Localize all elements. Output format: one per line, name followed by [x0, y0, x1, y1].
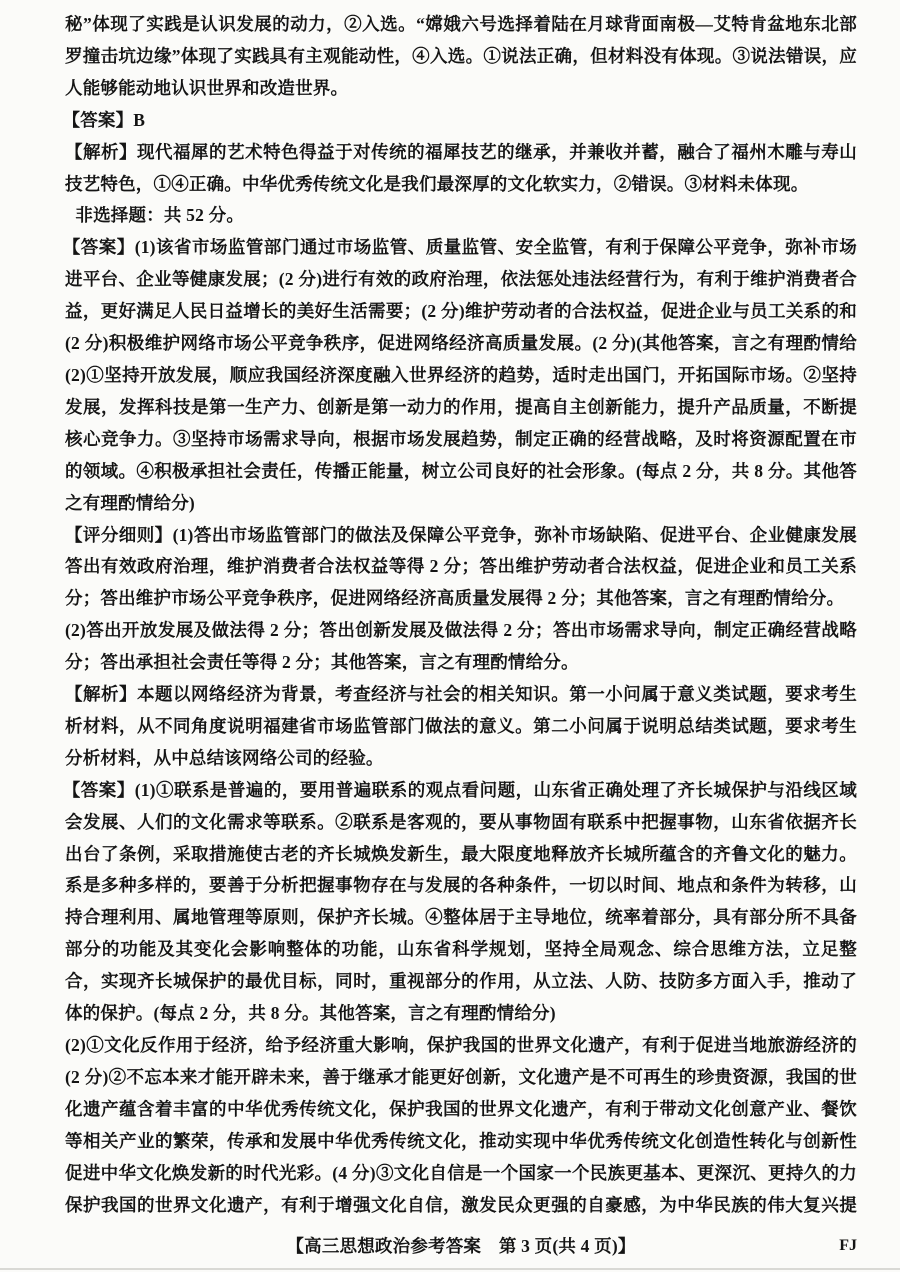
answer-text-block: 秘”体现了实践是认识发展的动力，②入选。“嫦娥六号选择着陆在月球背面南极—艾特肯… [65, 9, 857, 1221]
answer-line: 的领域。④积极承担社会责任，传播正能量，树立公司良好的社会形象。(每点 2 分，… [65, 456, 857, 488]
answer-line: 持合理利用、属地管理等原则，保护齐长城。④整体居于主导地位，统率着部分，具有部分… [65, 902, 857, 934]
answer-line-numbered: 16.【答案】B [65, 105, 857, 137]
answer-line: 【评分细则】(1)答出市场监管部门的做法及保障公平竞争，弥补市场缺陷、促进平台、… [65, 520, 857, 552]
answer-line: 【解析】本题以网络经济为背景，考查经济与社会的相关知识。第一小问属于意义类试题，… [65, 679, 857, 711]
answer-line: 之有理酌情给分) [65, 488, 857, 520]
answer-line: 体的保护。(每点 2 分，共 8 分。其他答案，言之有理酌情给分) [65, 998, 857, 1030]
answer-line: 会发展、人们的文化需求等联系。②联系是客观的，要从事物固有联系中把握事物，山东省… [65, 807, 857, 839]
answer-line: 保护我国的世界文化遗产，有利于增强文化自信，激发民众更强的自豪感，为中华民族的伟… [65, 1190, 857, 1222]
answer-line: 分析材料，从中总结该网络公司的经验。 [65, 743, 857, 775]
answer-line: 等相关产业的繁荣，传承和发展中华优秀传统文化，推动实现中华优秀传统文化创造性转化… [65, 1126, 857, 1158]
footer-region-code: FJ [839, 1230, 857, 1262]
answer-line: 出台了条例，采取措施使古老的齐长城焕发新生，最大限度地释放齐长城所蕴含的齐鲁文化… [65, 839, 857, 871]
answer-line: 人能够能动地认识世界和改造世界。 [65, 73, 857, 105]
answer-line: (2)答出开放发展及做法得 2 分；答出创新发展及做法得 2 分；答出市场需求导… [65, 615, 857, 647]
answer-line: 促进中华文化焕发新的时代光彩。(4 分)③文化自信是一个国家一个民族更基本、更深… [65, 1158, 857, 1190]
answer-line: (2 分)积极维护网络市场公平竞争秩序，促进网络经济高质量发展。(2 分)(其他… [65, 328, 857, 360]
answer-line: 合，实现齐长城保护的最优目标，同时，重视部分的作用，从立法、人防、技防多方面入手… [65, 966, 857, 998]
answer-line: 罗撞击坑边缘”体现了实践具有主观能动性，④入选。①说法正确，但材料没有体现。③说… [65, 41, 857, 73]
answer-line: 析材料，从不同角度说明福建省市场监管部门做法的意义。第二小问属于说明总结类试题，… [65, 711, 857, 743]
answer-line: 化遗产蕴含着丰富的中华优秀传统文化，保护我国的世界文化遗产，有利于带动文化创意产… [65, 1094, 857, 1126]
answer-line: 发展，发挥科技是第一生产力、创新是第一动力的作用，提高自主创新能力，提升产品质量… [65, 392, 857, 424]
scanned-answer-key-page: 秘”体现了实践是认识发展的动力，②入选。“嫦娥六号选择着陆在月球背面南极—艾特肯… [0, 0, 900, 1272]
answer-line-numbered: 18.【答案】(1)①联系是普遍的，要用普遍联系的观点看问题，山东省正确处理了齐… [65, 775, 857, 807]
answer-line: 【解析】现代福犀的艺术特色得益于对传统的福犀技艺的继承，并兼收并蓄，融合了福州木… [65, 137, 857, 169]
footer-title: 【高三思想政治参考答案 第 3 页(共 4 页)】 [65, 1230, 857, 1262]
answer-line: 系是多种多样的，要善于分析把握事物存在与发展的各种条件，一切以时间、地点和条件为… [65, 870, 857, 902]
answer-line: (2 分)②不忘本来才能开辟未来，善于继承才能更好创新，文化遗产是不可再生的珍贵… [65, 1062, 857, 1094]
answer-line: (2)①坚持开放发展，顺应我国经济深度融入世界经济的趋势，适时走出国门，开拓国际… [65, 360, 857, 392]
answer-line: 秘”体现了实践是认识发展的动力，②入选。“嫦娥六号选择着陆在月球背面南极—艾特肯… [65, 9, 857, 41]
scan-bottom-edge [0, 1268, 900, 1270]
answer-line: 答出有效政府治理，维护消费者合法权益等得 2 分；答出维护劳动者合法权益，促进企… [65, 551, 857, 583]
answer-line: 核心竞争力。③坚持市场需求导向，根据市场发展趋势，制定正确的经营战略，及时将资源… [65, 424, 857, 456]
answer-line: 部分的功能及其变化会影响整体的功能，山东省科学规划，坚持全局观念、综合思维方法，… [65, 934, 857, 966]
answer-line: 技艺特色，①④正确。中华优秀传统文化是我们最深厚的文化软实力，②错误。③材料未体… [65, 169, 857, 201]
answer-line-numbered: 17.【答案】(1)该省市场监管部门通过市场监管、质量监管、安全监管，有利于保障… [65, 232, 857, 264]
answer-line: (2)①文化反作用于经济，给予经济重大影响，保护我国的世界文化遗产，有利于促进当… [65, 1030, 857, 1062]
answer-line: 分；答出维护市场公平竞争秩序，促进网络经济高质量发展得 2 分；其他答案，言之有… [65, 583, 857, 615]
answer-line: 分；答出承担社会责任等得 2 分；其他答案，言之有理酌情给分。 [65, 647, 857, 679]
question-number: 二、 [65, 205, 75, 225]
page-footer: 【高三思想政治参考答案 第 3 页(共 4 页)】 FJ [65, 1230, 857, 1262]
answer-line: 益，更好满足人民日益增长的美好生活需要；(2 分)维护劳动者的合法权益，促进企业… [65, 296, 857, 328]
answer-line-numbered: 二、非选择题：共 52 分。 [65, 200, 857, 232]
answer-line: 进平台、企业等健康发展；(2 分)进行有效的政府治理，依法惩处违法经营行为，有利… [65, 264, 857, 296]
